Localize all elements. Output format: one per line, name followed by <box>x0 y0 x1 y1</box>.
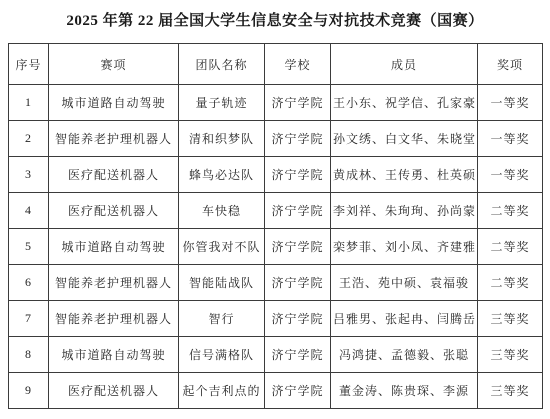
cell-event: 智能养老护理机器人 <box>49 121 179 157</box>
table-body: 1城市道路自动驾驶量子轨迹济宁学院王小东、祝学信、孔家豪一等奖2智能养老护理机器… <box>9 85 543 409</box>
cell-award: 三等奖 <box>478 373 543 409</box>
cell-no: 9 <box>9 373 49 409</box>
cell-school: 济宁学院 <box>265 193 331 229</box>
cell-team: 车快稳 <box>179 193 265 229</box>
cell-no: 7 <box>9 301 49 337</box>
table-row: 9医疗配送机器人起个吉利点的济宁学院董金涛、陈贵琛、李源三等奖 <box>9 373 543 409</box>
cell-team: 量子轨迹 <box>179 85 265 121</box>
table-row: 8城市道路自动驾驶信号满格队济宁学院冯鸿捷、孟德毅、张聪三等奖 <box>9 337 543 373</box>
cell-members: 王小东、祝学信、孔家豪 <box>331 85 478 121</box>
cell-award: 二等奖 <box>478 265 543 301</box>
cell-event: 城市道路自动驾驶 <box>49 337 179 373</box>
cell-event: 智能养老护理机器人 <box>49 265 179 301</box>
results-table: 序号赛项团队名称学校成员奖项 1城市道路自动驾驶量子轨迹济宁学院王小东、祝学信、… <box>8 43 543 409</box>
cell-no: 4 <box>9 193 49 229</box>
cell-event: 医疗配送机器人 <box>49 193 179 229</box>
cell-award: 一等奖 <box>478 157 543 193</box>
cell-school: 济宁学院 <box>265 265 331 301</box>
column-header: 奖项 <box>478 44 543 85</box>
cell-team: 智行 <box>179 301 265 337</box>
cell-award: 二等奖 <box>478 229 543 265</box>
cell-event: 医疗配送机器人 <box>49 373 179 409</box>
cell-event: 医疗配送机器人 <box>49 157 179 193</box>
cell-team: 智能陆战队 <box>179 265 265 301</box>
cell-members: 孙文绣、白文华、朱晓堂 <box>331 121 478 157</box>
cell-no: 5 <box>9 229 49 265</box>
cell-team: 蜂鸟必达队 <box>179 157 265 193</box>
table-row: 1城市道路自动驾驶量子轨迹济宁学院王小东、祝学信、孔家豪一等奖 <box>9 85 543 121</box>
cell-event: 城市道路自动驾驶 <box>49 85 179 121</box>
cell-members: 董金涛、陈贵琛、李源 <box>331 373 478 409</box>
table-row: 7智能养老护理机器人智行济宁学院吕雅男、张起冉、闫腾岳三等奖 <box>9 301 543 337</box>
document-title: 2025 年第 22 届全国大学生信息安全与对抗技术竞赛（国赛） <box>0 0 550 30</box>
table-row: 6智能养老护理机器人智能陆战队济宁学院王浩、苑中硕、袁福骏二等奖 <box>9 265 543 301</box>
cell-school: 济宁学院 <box>265 373 331 409</box>
table-row: 3医疗配送机器人蜂鸟必达队济宁学院黄成林、王传勇、杜英硕一等奖 <box>9 157 543 193</box>
cell-no: 8 <box>9 337 49 373</box>
column-header: 学校 <box>265 44 331 85</box>
cell-event: 城市道路自动驾驶 <box>49 229 179 265</box>
cell-team: 起个吉利点的 <box>179 373 265 409</box>
cell-school: 济宁学院 <box>265 301 331 337</box>
cell-team: 你管我对不队 <box>179 229 265 265</box>
cell-award: 三等奖 <box>478 301 543 337</box>
cell-team: 信号满格队 <box>179 337 265 373</box>
cell-members: 冯鸿捷、孟德毅、张聪 <box>331 337 478 373</box>
cell-members: 王浩、苑中硕、袁福骏 <box>331 265 478 301</box>
column-header: 团队名称 <box>179 44 265 85</box>
table-row: 2智能养老护理机器人清和织梦队济宁学院孙文绣、白文华、朱晓堂一等奖 <box>9 121 543 157</box>
cell-no: 6 <box>9 265 49 301</box>
cell-school: 济宁学院 <box>265 85 331 121</box>
cell-members: 黄成林、王传勇、杜英硕 <box>331 157 478 193</box>
cell-no: 1 <box>9 85 49 121</box>
column-header: 序号 <box>9 44 49 85</box>
cell-team: 清和织梦队 <box>179 121 265 157</box>
cell-members: 栾梦菲、刘小凤、齐建雅 <box>331 229 478 265</box>
cell-no: 3 <box>9 157 49 193</box>
header-row: 序号赛项团队名称学校成员奖项 <box>9 44 543 85</box>
table-row: 4医疗配送机器人车快稳济宁学院李刘祥、朱珣珣、孙尚蒙二等奖 <box>9 193 543 229</box>
cell-award: 一等奖 <box>478 85 543 121</box>
cell-award: 一等奖 <box>478 121 543 157</box>
cell-award: 二等奖 <box>478 193 543 229</box>
cell-school: 济宁学院 <box>265 229 331 265</box>
column-header: 赛项 <box>49 44 179 85</box>
cell-event: 智能养老护理机器人 <box>49 301 179 337</box>
column-header: 成员 <box>331 44 478 85</box>
cell-school: 济宁学院 <box>265 121 331 157</box>
cell-members: 李刘祥、朱珣珣、孙尚蒙 <box>331 193 478 229</box>
cell-award: 三等奖 <box>478 337 543 373</box>
cell-members: 吕雅男、张起冉、闫腾岳 <box>331 301 478 337</box>
cell-school: 济宁学院 <box>265 337 331 373</box>
table-row: 5城市道路自动驾驶你管我对不队济宁学院栾梦菲、刘小凤、齐建雅二等奖 <box>9 229 543 265</box>
cell-no: 2 <box>9 121 49 157</box>
cell-school: 济宁学院 <box>265 157 331 193</box>
